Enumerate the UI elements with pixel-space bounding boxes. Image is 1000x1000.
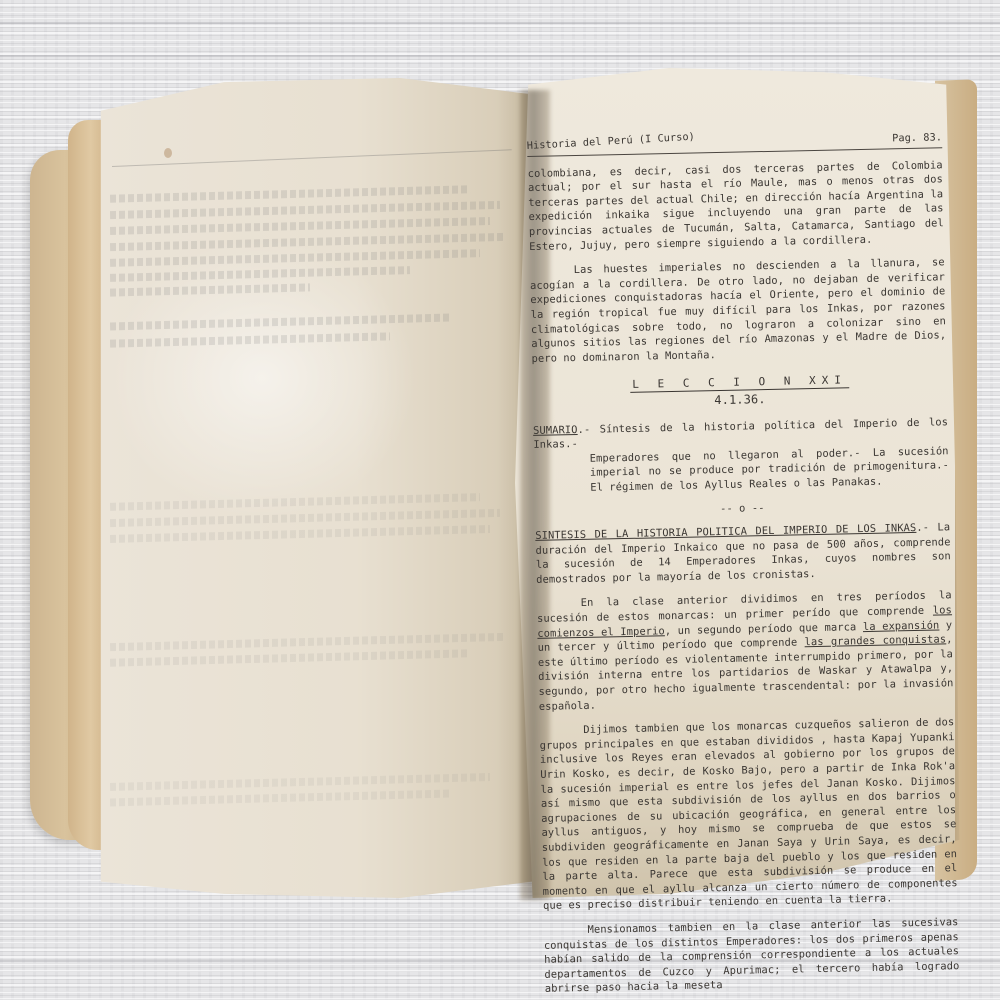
- sumario: SUMARIO.- Síntesis de la historia políti…: [533, 415, 949, 497]
- bleed-through-text-line: [110, 217, 490, 235]
- indent: [539, 733, 583, 734]
- paragraph-conquests: Mensionamos tambien en la clase anterior…: [543, 915, 959, 997]
- bleed-through-text-line: [110, 283, 310, 296]
- left-page: [92, 78, 532, 898]
- bleed-through-text-line: [110, 332, 390, 347]
- underlined-text: las grandes conquistas: [804, 634, 946, 649]
- bleed-through-text-line: [110, 633, 505, 651]
- bleed-through-text-line: [110, 249, 480, 267]
- bleed-through-text-line: [110, 314, 450, 331]
- bleed-through-text-line: [110, 185, 470, 202]
- sumario-label: SUMARIO: [533, 424, 578, 437]
- paragraph-huestes: Las huestes imperiales no descienden a l…: [530, 255, 947, 366]
- paragraph-periods: En la clase anterior dividimos en tres p…: [537, 589, 954, 714]
- bleed-through-text-line: [110, 201, 500, 219]
- paragraph-groups: Dijimos tambien que los monarcas cuzqueñ…: [539, 715, 958, 913]
- bleed-through-text-line: [110, 525, 490, 543]
- right-page-text: Historia del Perú (I Curso) Pag. 83. col…: [527, 131, 960, 1000]
- section-separator: -- o --: [535, 498, 950, 521]
- section-intro: SINTESIS DE LA HISTORIA POLITICA DEL IMP…: [535, 520, 951, 587]
- bleed-through-text-line: [110, 773, 490, 791]
- indent: [544, 933, 588, 934]
- bleed-through-text-line: [110, 649, 470, 666]
- bleed-through-text-line: [110, 266, 410, 282]
- bleed-through-text-line: [110, 509, 500, 527]
- bleed-through-text-line: [110, 233, 505, 251]
- open-book: Historia del Perú (I Curso) Pag. 83. col…: [0, 0, 1000, 1000]
- sumario-text-2: Emperadores que no llegaron al poder.- L…: [534, 444, 950, 496]
- text: , un segundo período que marca: [665, 621, 863, 637]
- paper-stain: [164, 148, 172, 158]
- bleed-through-text-line: [110, 493, 480, 511]
- underlined-text: la expansión: [863, 619, 940, 633]
- paragraph-text: Mensionamos tambien en la clase anterior…: [544, 916, 960, 995]
- bleed-through-text-line: [110, 790, 450, 807]
- paragraph-text: Las huestes imperiales no descienden a l…: [530, 256, 946, 364]
- paragraph-continuation: colombiana, es decir, casi dos terceras …: [528, 158, 945, 254]
- page-number: Pag. 83.: [892, 131, 942, 147]
- indent: [537, 606, 581, 607]
- paragraph-text: Dijimos tambien que los monarcas cuzqueñ…: [540, 716, 958, 912]
- indent: [530, 273, 574, 274]
